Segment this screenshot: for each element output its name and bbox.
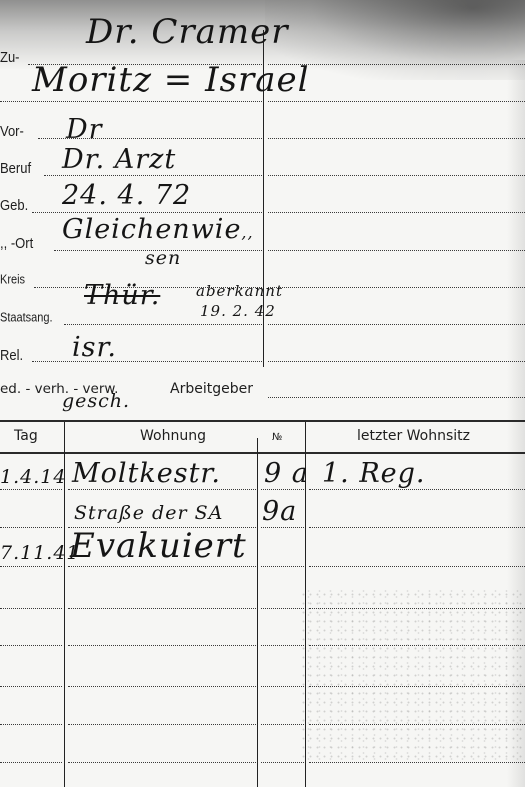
cell-tag: 1.4.14 [0,466,66,488]
dotted-line [32,212,262,213]
dotted-line [64,324,262,325]
value-beruf: Dr. Arzt [62,144,176,175]
table-row-line [261,489,304,490]
table-row-line [261,527,304,528]
table-row-line [68,566,256,567]
table-row-line [0,686,62,687]
table-row-line [68,645,256,646]
label-kreis: Kreis [0,273,25,287]
cell-wohnung: Straße der SA [74,502,223,524]
header-letzter-wohnsitz: letzter Wohnsitz [357,428,470,444]
label-ort: ,, -Ort [0,234,33,251]
table-row-line [261,645,304,646]
table-row-line [68,608,256,609]
value-ort-line2: sen [145,247,181,269]
table-row-line [0,762,62,763]
cell-wohnung: Moltkestr. [72,458,221,489]
table-row-line [309,527,525,528]
value-geb: 24. 4. 72 [62,180,191,211]
table-row-line [309,608,525,609]
dotted-line [268,212,525,213]
dotted-line [268,361,525,362]
dotted-line [0,101,262,102]
label-geb: Geb. [0,196,28,213]
table-row-line [261,724,304,725]
table-row-line [309,645,525,646]
header-tag: Tag [14,428,38,444]
table-row-line [68,686,256,687]
dotted-line [44,175,262,176]
dotted-line [268,324,525,325]
value-staatsang-struck: Thür. [84,280,160,311]
table-row-line [68,489,256,490]
table-row-line [309,686,525,687]
label-beruf: Beruf [0,159,31,176]
table-row-line [68,724,256,725]
label-employer: Arbeitgeber [170,381,253,397]
table-row-line [0,489,62,490]
value-ort-suffix: ,, [241,223,253,242]
table-row-line [261,566,304,567]
table-row-line [261,686,304,687]
header-nr: № [272,432,282,443]
cell-nr: 9 a [264,458,309,489]
dotted-line [268,250,525,251]
dotted-line [268,138,525,139]
label-staatsang: Staatsang. [0,311,53,325]
registration-card: Zu- Vor- Beruf Geb. ,, -Ort Kreis Staats… [0,0,525,787]
dotted-line [268,175,525,176]
cell-letzter-wohnsitz: 1. Reg. [322,458,426,489]
cell-wohnung: Evakuiert [70,526,247,566]
table-row-line [0,527,62,528]
table-row-line [0,645,62,646]
label-zuname: Zu- [0,48,20,65]
cell-nr: 9a [262,496,297,527]
header-wohnung: Wohnung [140,428,206,444]
value-staatsang-annotation: aberkannt [196,282,283,300]
dotted-line [268,101,525,102]
table-header-rule [0,452,525,454]
value-vorname: Dr [66,114,103,145]
table-row-line [309,489,525,490]
label-vorname: Vor- [0,122,24,139]
dotted-line [268,287,525,288]
table-row-line [0,608,62,609]
table-row-line [261,762,304,763]
value-ort: Gleichenwie,, [62,214,254,245]
value-zuname-2: Moritz = Israel [32,60,310,100]
value-rel: isr. [72,332,117,363]
value-staatsang-date: 19. 2. 42 [200,302,276,320]
value-ort-text: Gleichenwie [62,214,241,245]
table-row-line [68,762,256,763]
dotted-line [32,361,262,362]
value-marital-status: gesch. [62,390,130,412]
table-row-line [309,566,525,567]
cell-tag: 7.11.41 [0,542,80,564]
table-row-line [0,566,62,567]
dotted-line [268,397,525,398]
table-row-line [309,762,525,763]
value-zuname: Dr. Cramer [86,12,289,52]
table-row-line [0,724,62,725]
table-top-rule [0,420,525,422]
label-rel: Rel. [0,346,23,363]
table-row-line [309,724,525,725]
table-row-line [261,608,304,609]
paper-stain [300,590,525,760]
column-divider [257,438,258,787]
